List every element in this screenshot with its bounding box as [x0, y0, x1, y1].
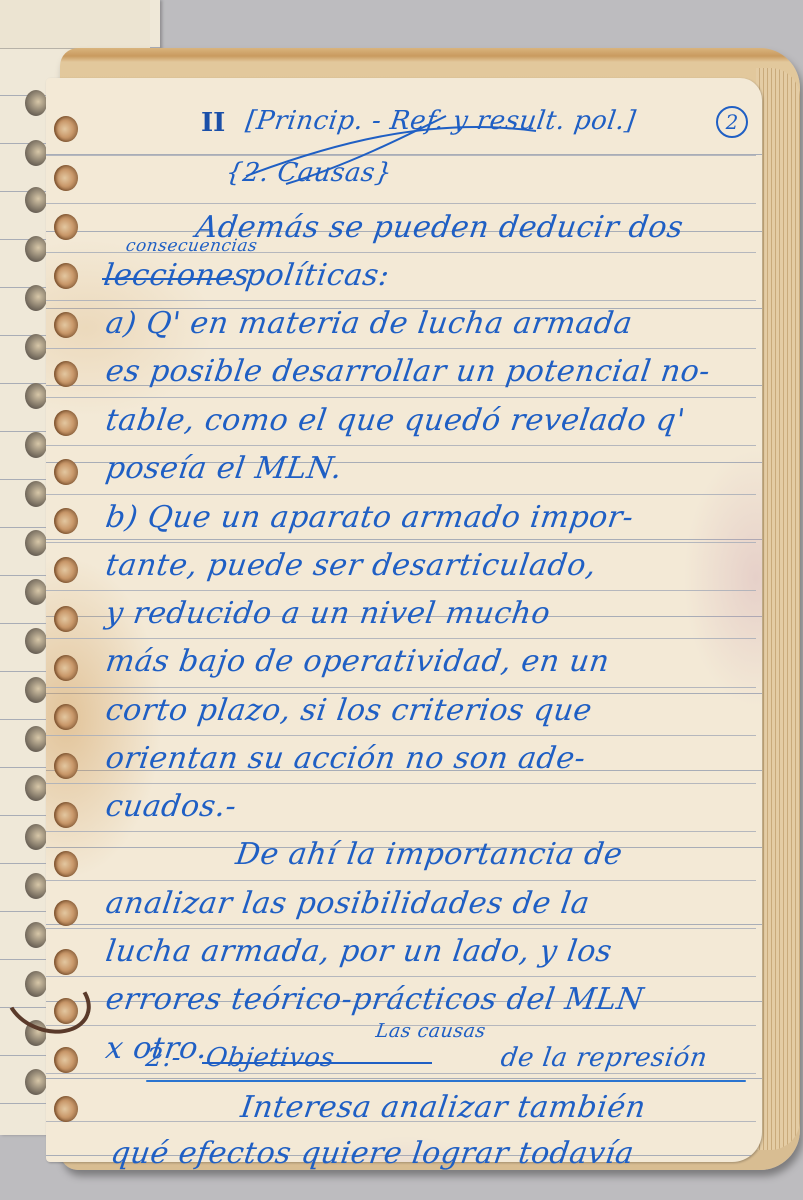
binding-hole	[54, 655, 78, 681]
binding-hole	[25, 824, 47, 850]
binding-hole	[54, 900, 78, 926]
text-line: corto plazo, si los criterios que	[104, 693, 595, 728]
binding-hole	[54, 263, 78, 289]
binding-hole	[25, 922, 47, 948]
text-line: más bajo de operatividad, en un	[104, 644, 612, 679]
text-line: b) Que un aparato armado impor-	[104, 500, 636, 535]
binding-hole	[25, 1069, 47, 1095]
ruled-line	[46, 445, 756, 446]
ruled-line	[46, 687, 756, 688]
binding-hole	[25, 579, 47, 605]
section-number: 2.-	[144, 1043, 183, 1073]
text-line: errores teórico-prácticos del MLN	[104, 982, 646, 1017]
text-line: lucha armada, por un lado, y los	[104, 934, 615, 969]
text-line: políticas:	[244, 258, 392, 293]
struck-heading-word: Objetivos	[204, 1043, 337, 1073]
binding-hole	[54, 508, 78, 534]
ruled-line	[46, 397, 756, 398]
binding-hole	[25, 628, 47, 654]
binding-hole	[54, 312, 78, 338]
ruled-line	[46, 783, 756, 784]
ruled-line	[46, 494, 756, 495]
heading-underline	[146, 1080, 746, 1082]
scribble-strokes-icon	[176, 106, 626, 186]
binding-hole	[54, 753, 78, 779]
page-edges	[756, 68, 800, 1150]
previous-page-top	[0, 0, 150, 49]
binding-hole	[25, 530, 47, 556]
notebook-page: II [Princip. - Ref. y result. pol.] {2. …	[46, 78, 762, 1162]
binding-hole	[54, 214, 78, 240]
text-line: tante, puede ser desarticulado,	[104, 548, 599, 583]
ruled-line	[46, 590, 756, 591]
binding-hole	[54, 704, 78, 730]
binding-hole	[25, 187, 47, 213]
text-line: Además se pueden deducir dos	[194, 210, 686, 245]
ruled-line	[46, 542, 756, 543]
text-line: analizar las posibilidades de la	[104, 886, 592, 921]
binding-hole	[54, 851, 78, 877]
struck-word: lecciones	[102, 258, 253, 293]
binding-hole	[54, 1096, 78, 1122]
text-line: orientan su acción no son ade-	[104, 741, 588, 776]
binding-hole	[25, 775, 47, 801]
binding-hole	[54, 165, 78, 191]
binding-hole	[25, 285, 47, 311]
ruled-line	[46, 831, 756, 832]
binding-hole	[54, 116, 78, 142]
ruled-line	[46, 880, 756, 881]
text-line: cuados.-	[104, 789, 239, 824]
binding-hole	[25, 432, 47, 458]
ruled-line	[46, 638, 756, 639]
page-number: 2	[716, 106, 748, 138]
text-line: De ahí la importancia de	[234, 837, 625, 872]
ruled-line	[46, 300, 756, 301]
binding-hole	[54, 459, 78, 485]
binding-hole	[25, 90, 47, 116]
text-line: Interesa analizar también	[239, 1090, 648, 1125]
binding-hole	[25, 873, 47, 899]
text-line: poseía el MLN.	[104, 451, 345, 486]
binding-hole	[25, 677, 47, 703]
binding-hole	[54, 606, 78, 632]
ruled-line	[46, 928, 756, 929]
strikethrough	[102, 278, 234, 280]
text-line: es posible desarrollar un potencial no-	[104, 354, 713, 389]
binding-hole	[25, 140, 47, 166]
binding-hole	[54, 557, 78, 583]
text-line: qué efectos quiere lograr todavía	[109, 1136, 637, 1171]
ruled-line	[46, 735, 756, 736]
ruled-line	[46, 1073, 756, 1074]
binding-hole	[25, 726, 47, 752]
binding-hole	[54, 410, 78, 436]
binding-hole	[54, 802, 78, 828]
ruled-line	[46, 348, 756, 349]
binding-hole	[54, 361, 78, 387]
binding-hole	[25, 383, 47, 409]
section-title: de la represión	[499, 1043, 709, 1073]
binding-hole	[25, 481, 47, 507]
text-line: y reducido a un nivel mucho	[104, 596, 553, 631]
ruled-line	[46, 203, 756, 204]
inserted-word: Las causas	[374, 1020, 487, 1042]
text-line: table, como el que quedó revelado q'	[104, 403, 688, 438]
strikethrough	[202, 1062, 432, 1064]
inserted-word: consecuencias	[125, 236, 259, 256]
binding-hole	[25, 334, 47, 360]
binding-hole	[25, 236, 47, 262]
text-line: a) Q' en materia de lucha armada	[104, 306, 635, 341]
ruled-line	[46, 976, 756, 977]
binding-hole	[54, 1047, 78, 1073]
